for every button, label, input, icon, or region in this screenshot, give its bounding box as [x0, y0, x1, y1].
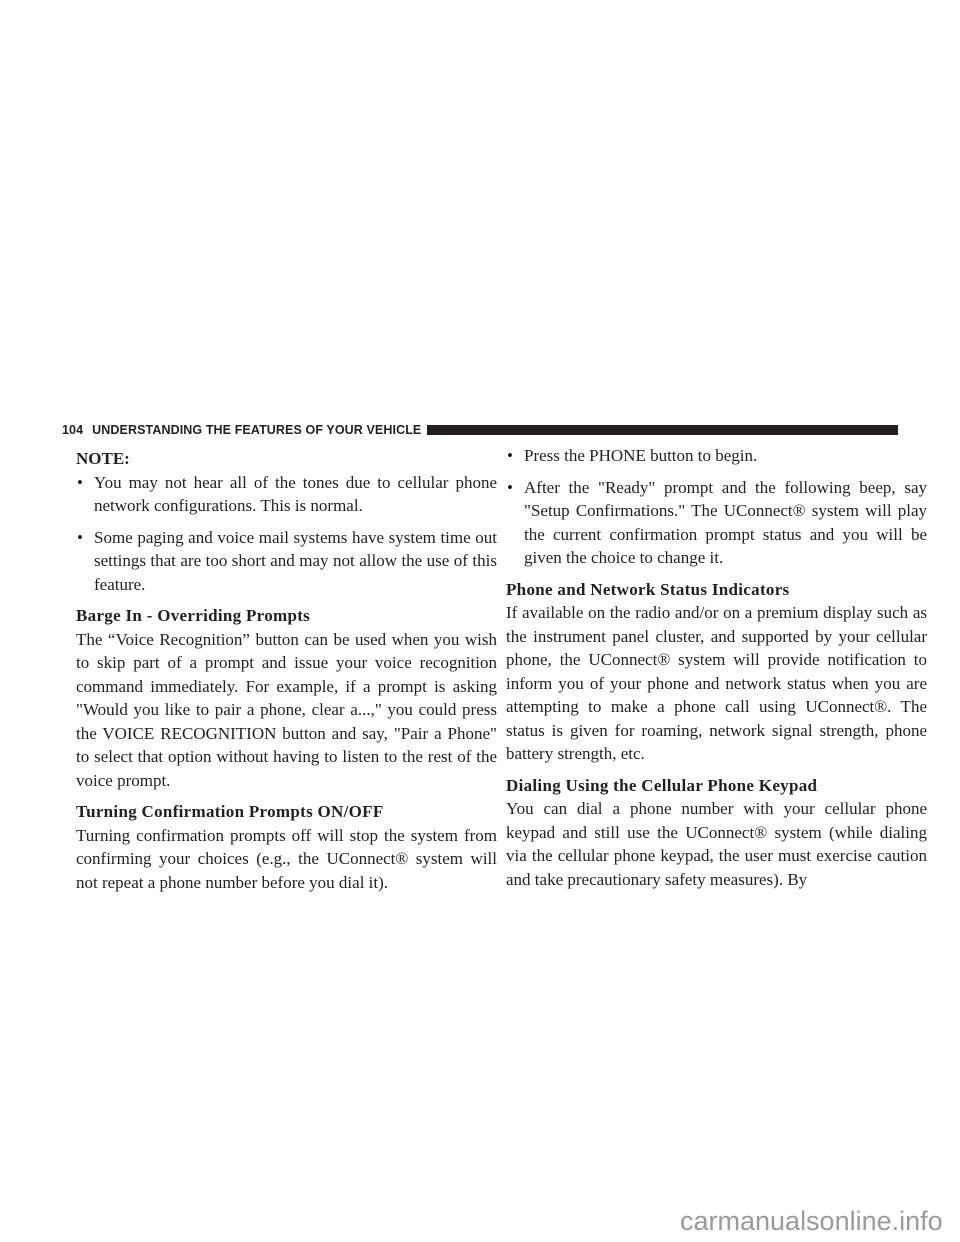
- section-dialing-keypad: Dialing Using the Cellular Phone Keypad …: [506, 774, 927, 892]
- steps-list: • Press the PHONE button to begin. • Aft…: [506, 444, 927, 570]
- section-heading: Turning Confirmation Prompts ON/OFF: [76, 800, 497, 824]
- list-item-text: You may not hear all of the tones due to…: [94, 473, 497, 516]
- section-status-indicators: Phone and Network Status Indicators If a…: [506, 578, 927, 766]
- list-item-text: Some paging and voice mail systems have …: [94, 528, 497, 594]
- section-body: You can dial a phone number with your ce…: [506, 797, 927, 891]
- section-barge-in: Barge In - Overriding Prompts The “Voice…: [76, 604, 497, 792]
- list-item: • You may not hear all of the tones due …: [76, 471, 497, 518]
- left-column: NOTE: • You may not hear all of the tone…: [76, 447, 497, 902]
- bullet-icon: •: [507, 444, 513, 468]
- note-list: • You may not hear all of the tones due …: [76, 471, 497, 597]
- bullet-icon: •: [77, 471, 83, 495]
- section-heading: Dialing Using the Cellular Phone Keypad: [506, 774, 927, 798]
- list-item: • After the "Ready" prompt and the follo…: [506, 476, 927, 570]
- section-confirmation-prompts: Turning Confirmation Prompts ON/OFF Turn…: [76, 800, 497, 894]
- bullet-icon: •: [507, 476, 513, 500]
- header-rule: [427, 425, 898, 435]
- running-title: UNDERSTANDING THE FEATURES OF YOUR VEHIC…: [92, 423, 421, 437]
- watermark: carmanualsonline.info: [680, 1206, 943, 1237]
- section-body: If available on the radio and/or on a pr…: [506, 601, 927, 766]
- section-body: The “Voice Recognition” button can be us…: [76, 628, 497, 793]
- list-item: • Press the PHONE button to begin.: [506, 444, 927, 468]
- section-body: Turning confirmation prompts off will st…: [76, 824, 497, 895]
- note-title: NOTE:: [76, 447, 497, 471]
- bullet-icon: •: [77, 526, 83, 550]
- list-item-text: Press the PHONE button to begin.: [524, 446, 757, 465]
- right-column: • Press the PHONE button to begin. • Aft…: [506, 444, 927, 899]
- list-item: • Some paging and voice mail systems hav…: [76, 526, 497, 597]
- list-item-text: After the "Ready" prompt and the followi…: [524, 478, 927, 568]
- section-heading: Barge In - Overriding Prompts: [76, 604, 497, 628]
- page-header: 104 UNDERSTANDING THE FEATURES OF YOUR V…: [62, 423, 898, 437]
- section-heading: Phone and Network Status Indicators: [506, 578, 927, 602]
- page-number: 104: [62, 423, 83, 437]
